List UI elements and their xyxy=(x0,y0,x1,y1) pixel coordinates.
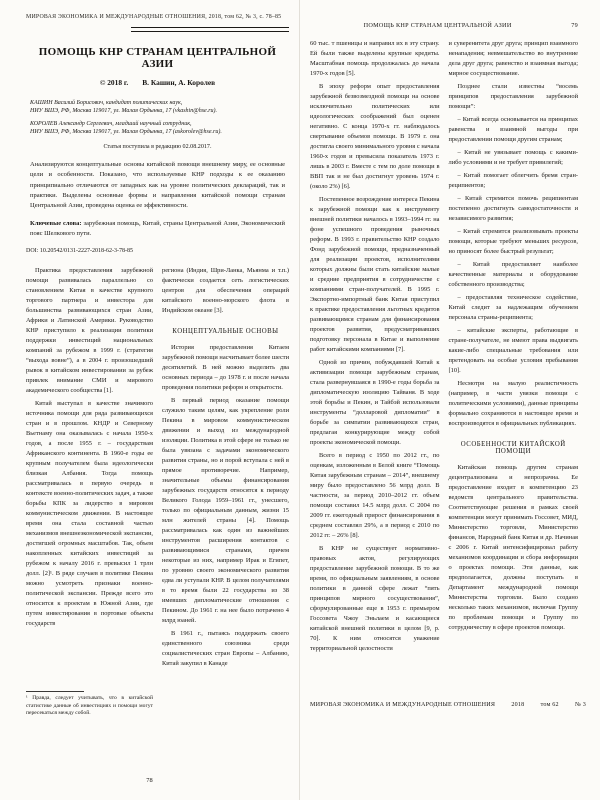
section-heading: ОСОБЕННОСТИ КИТАЙСКОЙ ПОМОЩИ xyxy=(449,441,579,455)
doi: DOI: 10.20542/0131-2227-2018-62-3-78-85 xyxy=(26,248,289,254)
journal-footer: МИРОВАЯ ЭКОНОМИКА И МЕЖДУНАРОДНЫЕ ОТНОШЕ… xyxy=(310,702,586,708)
principle-item: – Китай всегда основывается на принципах… xyxy=(449,115,579,145)
text-columns-79: 60 тыс. т пшеницы и направил их в эту ст… xyxy=(310,39,578,677)
journal-spread: МИРОВАЯ ЭКОНОМИКА И МЕЖДУНАРОДНЫЕ ОТНОШЕ… xyxy=(0,0,600,800)
paragraph: Позднее стали известны “восемь принципов… xyxy=(449,82,579,112)
footer-journal-name: МИРОВАЯ ЭКОНОМИКА И МЕЖДУНАРОДНЫЕ ОТНОШЕ… xyxy=(310,702,495,708)
title-divider xyxy=(131,27,289,32)
paragraph: Несмотря на малую реалистичность (наприм… xyxy=(449,379,579,429)
paragraph: Одной из причин, побуждавшей Китай к акт… xyxy=(310,358,440,448)
principle-item: – Китай стремится помочь реципиентам пос… xyxy=(449,194,579,224)
abstract: Анализируются концептуальные основы кита… xyxy=(30,160,285,211)
footnote: ¹ Правда, следует учитывать, что в китай… xyxy=(26,687,153,718)
footer-volume: том 62 xyxy=(541,702,559,708)
paragraph: Китайская помощь другим странам децентра… xyxy=(449,463,579,633)
author-line: НИУ ВШЭ, РФ, Москва 119017, ул. Малая Ор… xyxy=(30,107,289,115)
page-number-79: 79 xyxy=(571,22,578,29)
paragraph: В КНР не существует нормативно-правовых … xyxy=(310,544,440,654)
running-head-left: МИРОВАЯ ЭКОНОМИКА И МЕЖДУНАРОДНЫЕ ОТНОШЕ… xyxy=(26,14,289,20)
section-heading: КОНЦЕПТУАЛЬНЫЕ ОСНОВЫ xyxy=(162,328,289,335)
author-line: НИУ ВШЭ, РФ, Москва 119017, ул. Малая Ор… xyxy=(30,128,289,136)
principle-item: – китайские эксперты, работающие в стран… xyxy=(449,326,579,376)
column-1: 60 тыс. т пшеницы и направил их в эту ст… xyxy=(310,39,440,677)
principle-item: – Китай помогает облегчить бремя стран-р… xyxy=(449,171,579,191)
paragraph: и суверенитета друг друга; принцип взаим… xyxy=(449,39,579,79)
principle-item: – предоставляя техническое содействие, К… xyxy=(449,293,579,323)
paragraph: В эпоху реформ опыт предоставления заруб… xyxy=(310,82,440,192)
copyright-line: © 2018 г.В. Кашин, А. Королев xyxy=(26,78,289,87)
footnote-rule xyxy=(26,691,84,692)
received-date: Статья поступила в редакцию 02.08.2017. xyxy=(26,144,289,150)
footer-issue: № 3 xyxy=(575,702,586,708)
copyright-year: © 2018 г. xyxy=(100,78,128,87)
footnote-text: ¹ Правда, следует учитывать, что в китай… xyxy=(26,695,153,718)
footer-year: 2018 xyxy=(511,702,524,708)
author-line: КОРОЛЕВ Александр Сергеевич, младший нау… xyxy=(30,120,289,128)
column-2: региона (Индия, Шри-Ланка, Мьянма и т.п.… xyxy=(162,266,289,718)
page-79: ПОМОЩЬ КНР СТРАНАМ ЦЕНТРАЛЬНОЙ АЗИИ 79 6… xyxy=(300,0,600,800)
article-authors: В. Кашин, А. Королев xyxy=(142,78,215,87)
keywords: Ключевые слова: зарубежная помощь, Китай… xyxy=(30,219,285,240)
author-affiliations: КАШИН Василий Борисович, кандидат полити… xyxy=(30,99,289,136)
principle-item: – Китай не увязывает помощь с какими-либ… xyxy=(449,148,579,168)
principle-item: – Китай стремится реализовывать проекты … xyxy=(449,227,579,257)
paragraph: 60 тыс. т пшеницы и направил их в эту ст… xyxy=(310,39,440,79)
paragraph: В 1961 г., пытаясь поддержать своего еди… xyxy=(162,629,289,669)
paragraph: Всего в период с 1950 по 2012 гг., по оц… xyxy=(310,451,440,541)
running-head-title: ПОМОЩЬ КНР СТРАНАМ ЦЕНТРАЛЬНОЙ АЗИИ xyxy=(310,22,565,29)
running-head-right: ПОМОЩЬ КНР СТРАНАМ ЦЕНТРАЛЬНОЙ АЗИИ 79 xyxy=(310,22,578,29)
paragraph: В первый период оказание помощи служило … xyxy=(162,396,289,626)
paragraph: региона (Индия, Шри-Ланка, Мьянма и т.п.… xyxy=(162,266,289,316)
column-2: и суверенитета друг друга; принцип взаим… xyxy=(449,39,579,677)
keywords-label: Ключевые слова: xyxy=(30,220,82,227)
column-1: Практика предоставления зарубежной помощ… xyxy=(26,266,153,718)
principle-item: – Китай предоставляет наиболее качествен… xyxy=(449,260,579,290)
page-78: МИРОВАЯ ЭКОНОМИКА И МЕЖДУНАРОДНЫЕ ОТНОШЕ… xyxy=(0,0,300,800)
paragraph: Китай выступал в качестве значимого исто… xyxy=(26,399,153,629)
paragraph: История предоставления Китаем зарубежной… xyxy=(162,343,289,393)
article-title: ПОМОЩЬ КНР СТРАНАМ ЦЕНТРАЛЬНОЙ АЗИИ xyxy=(26,46,289,70)
page-number-78: 78 xyxy=(0,777,299,784)
text-columns-78: Практика предоставления зарубежной помощ… xyxy=(26,266,289,718)
author-line: КАШИН Василий Борисович, кандидат полити… xyxy=(30,99,289,107)
paragraph: Практика предоставления зарубежной помощ… xyxy=(26,266,153,396)
paragraph: Постепенное возрождение интереса Пекина … xyxy=(310,195,440,355)
